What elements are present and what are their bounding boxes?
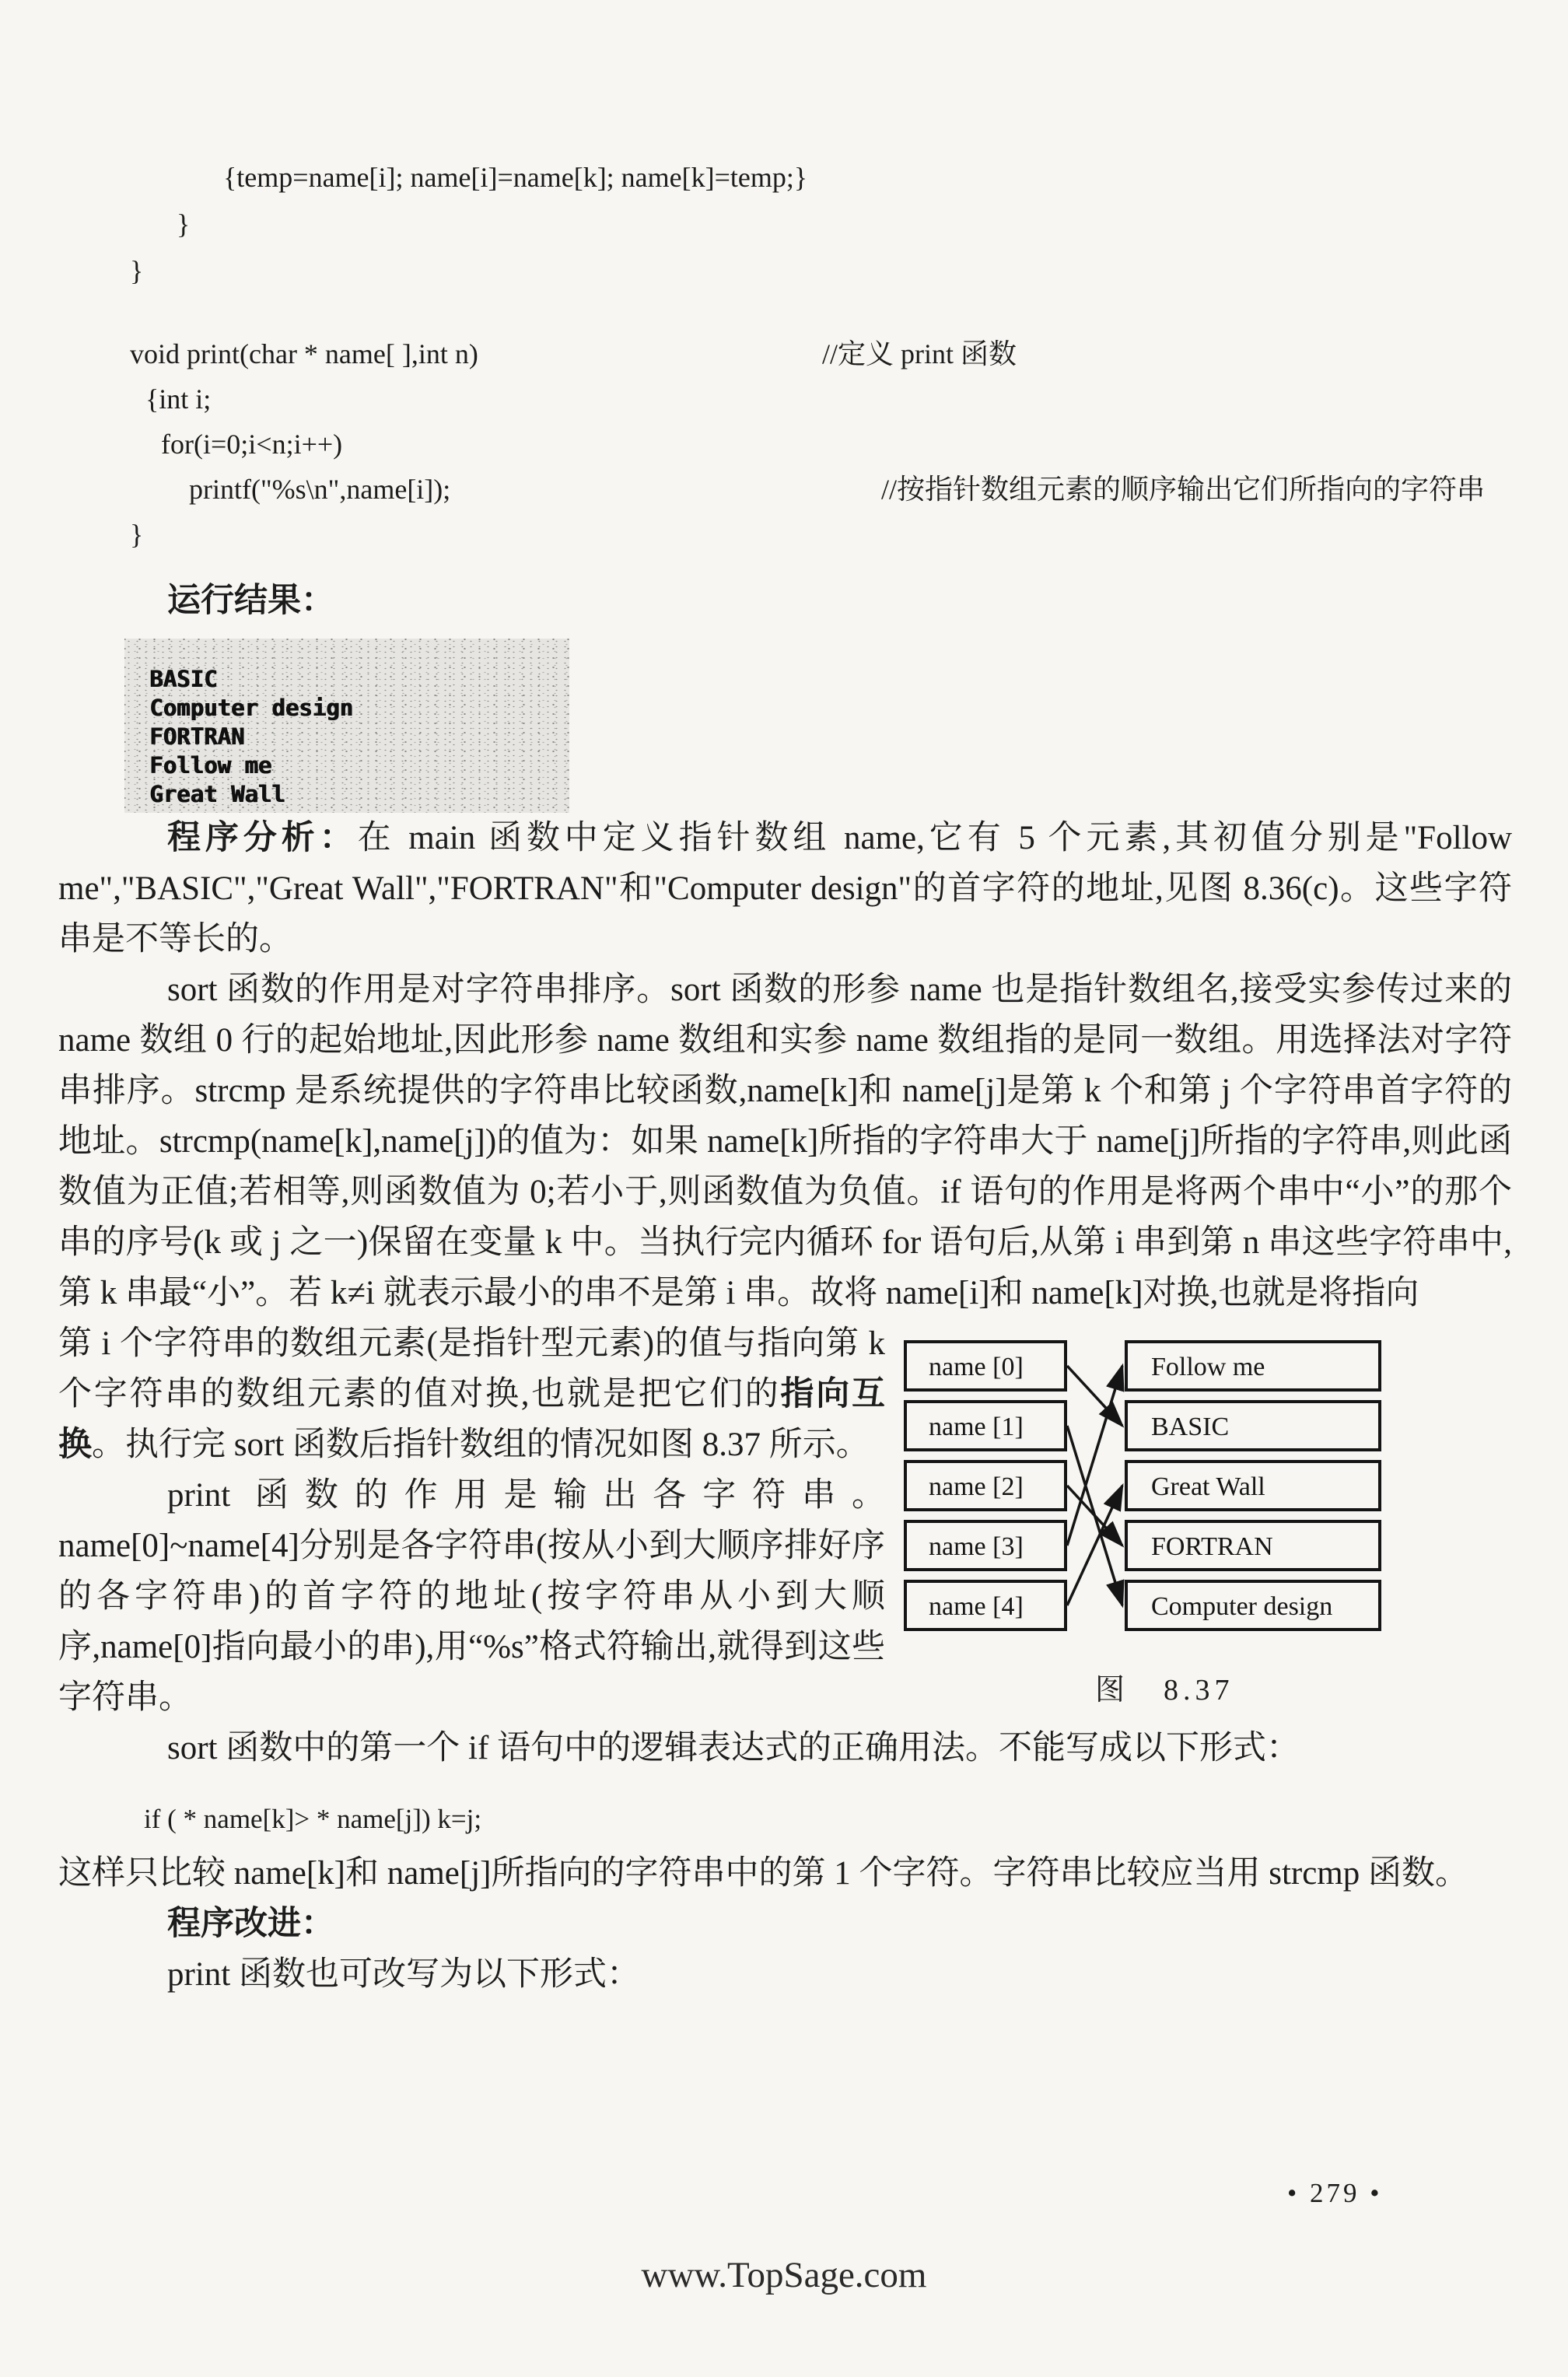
analysis-paragraph-2: sort 函数的作用是对字符串排序。sort 函数的形参 name 也是指针数组… [58,964,1512,1318]
console-line: BASIC [149,665,569,694]
figure-8-37: name [0]name [1]name [2]name [3]name [4]… [899,1336,1512,1708]
string-cell-label: Follow me [1151,1353,1265,1381]
code-line: } [130,512,1512,557]
code-text: for(i=0;i<n;i++) [161,429,342,460]
figure-8-37-svg: name [0]name [1]name [2]name [3]name [4]… [899,1336,1384,1639]
analysis-label: 程序分析： [167,820,358,856]
analysis-paragraph-5: 这样只比较 name[k]和 name[j]所指向的字符串中的第 1 个字符。字… [58,1848,1512,1899]
code-line: for(i=0;i<n;i++) [161,422,1512,467]
string-cell-label: FORTRAN [1151,1532,1273,1561]
string-cell-label: BASIC [1151,1413,1229,1441]
watermark: www.TopSage.com [0,2254,1568,2296]
pointer-cell-label: name [4] [929,1592,1024,1621]
code-comment: //按指针数组元素的顺序输出它们所指向的字符串 [881,467,1485,512]
analysis-paragraph-4: sort 函数中的第一个 if 语句中的逻辑表达式的正确用法。不能写成以下形式： [58,1723,1512,1773]
code-text: void print(char * name[ ],int n) [130,338,478,369]
console-line: Great Wall [149,780,569,809]
code-text: } [130,255,143,286]
console-output: BASIC Computer design FORTRAN Follow me … [124,639,569,813]
code-line-if: if ( * name[k]> * name[j]) k=j; [144,1795,1512,1843]
code-line: } [130,247,1512,294]
pointer-cell-label: name [2] [929,1472,1024,1501]
code-text: {temp=name[i]; name[i]=name[k]; name[k]=… [223,162,807,193]
code-text: if ( * name[k]> * name[j]) k=j; [144,1804,481,1834]
code-line: } [177,201,1512,247]
run-result-heading: 运行结果： [167,576,1512,626]
pointer-arrow [1067,1486,1122,1605]
code-text: } [177,208,190,240]
book-page: {temp=name[i]; name[i]=name[k]; name[k]=… [0,0,1568,2377]
page-number: • 279 • [1287,2178,1383,2209]
code-block-swap: {temp=name[i]; name[i]=name[k]; name[k]=… [58,154,1512,294]
figure-caption: 图 8.37 [1095,1665,1512,1708]
pointer-cell-label: name [0] [929,1353,1024,1381]
code-text: printf("%s\n",name[i]); [189,474,450,505]
pointer-cell-label: name [3] [929,1532,1024,1561]
console-line: Computer design [149,694,569,723]
two-column-section: name [0]name [1]name [2]name [3]name [4]… [58,1318,1512,1723]
analysis-paragraph-1: 程序分析：在 main 函数中定义指针数组 name,它有 5 个元素,其初值分… [58,813,1512,964]
code-line: void print(char * name[ ],int n)//定义 pri… [130,331,1512,376]
code-comment: //定义 print 函数 [822,331,1017,376]
code-text: } [130,519,143,550]
code-line: {int i; [145,376,1512,422]
p2b-post: 。执行完 sort 函数后指针数组的情况如图 8.37 所示。 [92,1427,870,1463]
improve-heading: 程序改进： [58,1899,1512,1949]
code-text: {int i; [145,383,211,415]
analysis-paragraph-6: print 函数也可改写为以下形式： [58,1949,1512,2000]
code-line: {temp=name[i]; name[i]=name[k]; name[k]=… [223,154,1512,201]
code-line: printf("%s\n",name[i]);//按指针数组元素的顺序输出它们所… [189,467,1512,512]
code-block-print: void print(char * name[ ],int n)//定义 pri… [58,331,1512,557]
p2b-pre: 第 i 个字符串的数组元素(是指针型元素)的值与指向第 k 个字符串的数组元素的… [58,1325,885,1413]
console-line: Follow me [149,751,569,780]
string-cell-label: Great Wall [1151,1472,1265,1501]
console-line: FORTRAN [149,723,569,751]
pointer-cell-label: name [1] [929,1413,1024,1441]
string-cell-label: Computer design [1151,1592,1332,1621]
